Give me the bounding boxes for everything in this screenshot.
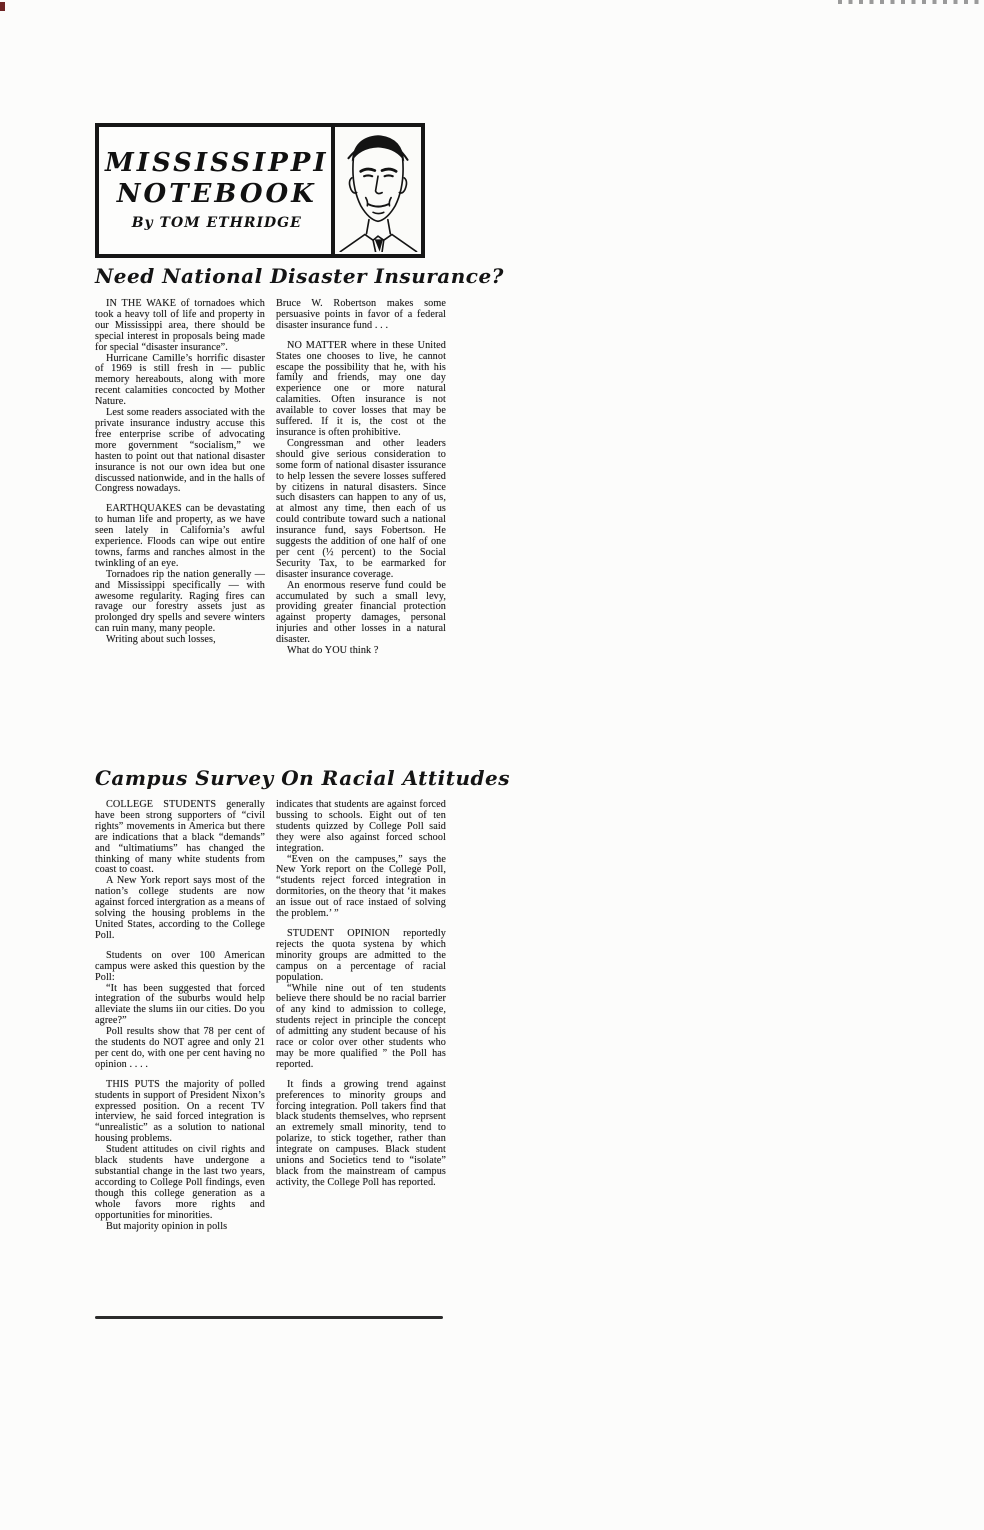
- paragraph: STUDENT OPINION reportedly rejects the q…: [276, 929, 446, 984]
- paragraph: “It has been suggested that forced integ…: [95, 984, 265, 1028]
- paragraph: EARTHQUAKES can be devastating to human …: [95, 504, 265, 569]
- paragraph: “While nine out of ten students believe …: [276, 984, 446, 1071]
- article1-headline: Need National Disaster Insurance?: [95, 264, 440, 288]
- masthead-text: MISSISSIPPI NOTEBOOK By TOM ETHRIDGE: [99, 127, 331, 254]
- masthead-title-line2: NOTEBOOK: [117, 179, 317, 210]
- paragraph: Students on over 100 American campus wer…: [95, 951, 265, 984]
- article2-headline: Campus Survey On Racial Attitudes: [95, 766, 440, 790]
- paragraph: indicates that students are against forc…: [276, 800, 446, 855]
- paragraph: Tornadoes rip the nation generally — and…: [95, 570, 265, 635]
- paragraph: IN THE WAKE of tornadoes which took a he…: [95, 299, 265, 354]
- clipping-bottom-rule: [95, 1316, 443, 1319]
- paragraph: Hurricane Camille’s horrific disaster of…: [95, 354, 265, 409]
- author-portrait: [331, 127, 422, 254]
- paragraph: What do YOU think ?: [276, 646, 446, 657]
- paragraph: But majority opinion in polls: [95, 1222, 265, 1233]
- paragraph: “Even on the campuses,” says the New Yor…: [276, 855, 446, 920]
- article1-right-column: Bruce W. Robertson makes some persuasive…: [276, 299, 446, 657]
- paragraph: It finds a growing trend against prefere…: [276, 1080, 446, 1189]
- column-masthead: MISSISSIPPI NOTEBOOK By TOM ETHRIDGE: [95, 123, 425, 258]
- scan-corner-mark: [0, 2, 5, 11]
- article2-columns: COLLEGE STUDENTS generally have been str…: [95, 800, 447, 1232]
- article2-right-column: indicates that students are against forc…: [276, 800, 446, 1232]
- masthead-byline: By TOM ETHRIDGE: [132, 215, 302, 231]
- paragraph: Bruce W. Robertson makes some persuasive…: [276, 299, 446, 332]
- paragraph: Congressman and other leaders should giv…: [276, 439, 446, 581]
- paragraph: COLLEGE STUDENTS generally have been str…: [95, 800, 265, 876]
- paragraph: Student attitudes on civil rights and bl…: [95, 1145, 265, 1221]
- paragraph: Lest some readers associated with the pr…: [95, 408, 265, 495]
- masthead-title-line1: MISSISSIPPI: [105, 148, 329, 179]
- paragraph: Poll results show that 78 per cent of th…: [95, 1027, 265, 1071]
- article1-left-column: IN THE WAKE of tornadoes which took a he…: [95, 299, 265, 657]
- scan-dotted-edge-marks: [838, 0, 984, 4]
- paragraph: THIS PUTS the majority of polled student…: [95, 1080, 265, 1145]
- paragraph: A New York report says most of the natio…: [95, 876, 265, 941]
- article1-columns: IN THE WAKE of tornadoes which took a he…: [95, 299, 447, 657]
- paragraph: An enormous reserve fund could be accumu…: [276, 581, 446, 646]
- article2-left-column: COLLEGE STUDENTS generally have been str…: [95, 800, 265, 1232]
- paragraph: Writing about such losses,: [95, 635, 265, 646]
- portrait-illustration-icon: [337, 130, 419, 252]
- newspaper-clipping-page: MISSISSIPPI NOTEBOOK By TOM ETHRIDGE: [0, 0, 984, 1530]
- paragraph: NO MATTER where in these United States o…: [276, 341, 446, 439]
